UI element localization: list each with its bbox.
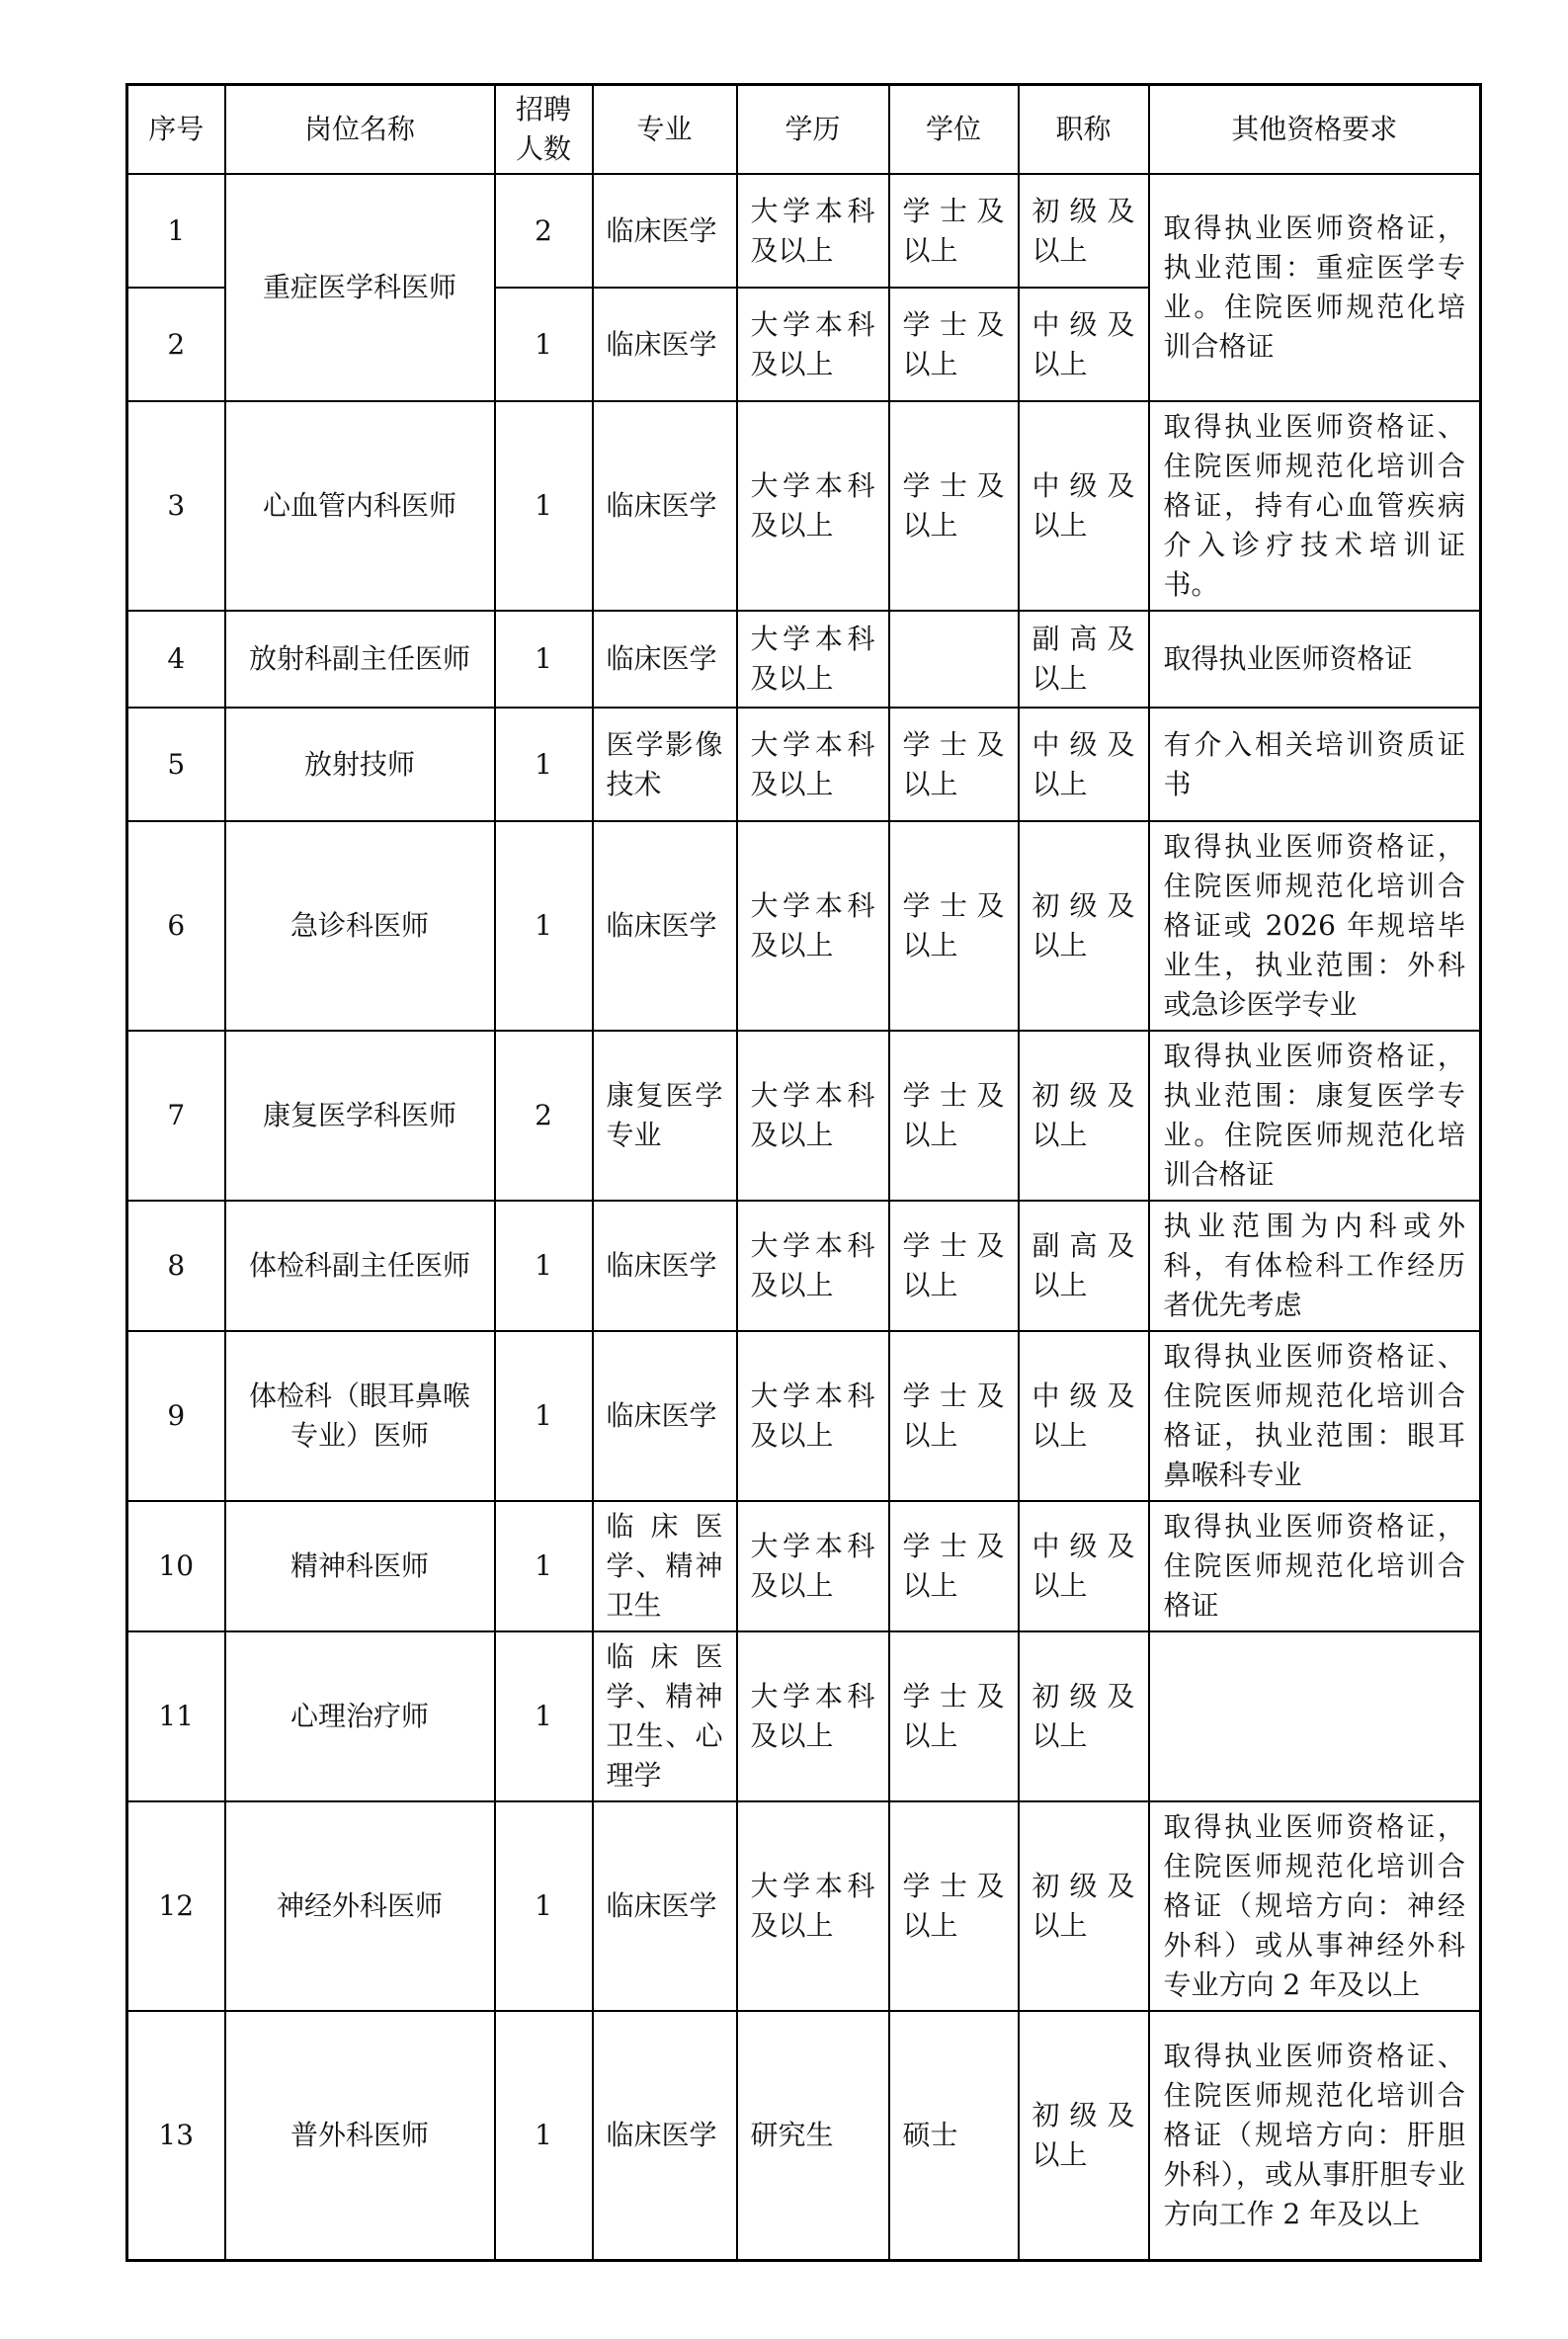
table-cell: 康复医学专业 (593, 1031, 737, 1201)
table-cell: 大学本科及以上 (737, 1801, 889, 2011)
table-cell: 大学本科及以上 (737, 708, 889, 821)
table-cell: 9 (127, 1331, 225, 1501)
table-cell: 1 (495, 611, 593, 708)
table-cell: 研究生 (737, 2011, 889, 2260)
header-cell-education: 学历 (737, 85, 889, 175)
table-cell: 6 (127, 821, 225, 1031)
table-cell: 学士及以上 (889, 1631, 1019, 1801)
table-cell: 临床医学、精神卫生、心理学 (593, 1631, 737, 1801)
table-cell: 取得执业医师资格证，住院医师规范化培训合格证 (1149, 1501, 1481, 1631)
table-cell: 大学本科及以上 (737, 401, 889, 611)
table-cell: 学士及以上 (889, 288, 1019, 401)
table-cell: 中级及以上 (1019, 288, 1149, 401)
table-cell: 初级及以上 (1019, 1631, 1149, 1801)
table-cell: 1 (495, 2011, 593, 2260)
table-cell: 初级及以上 (1019, 1031, 1149, 1201)
table-cell: 有介入相关培训资质证书 (1149, 708, 1481, 821)
table-cell: 11 (127, 1631, 225, 1801)
header-cell-degree: 学位 (889, 85, 1019, 175)
header-cell-other-requirements: 其他资格要求 (1149, 85, 1481, 175)
table-cell: 2 (127, 288, 225, 401)
table-cell: 副高及以上 (1019, 611, 1149, 708)
table-cell: 重症医学科医师 (225, 174, 495, 401)
table-row: 9体检科（眼耳鼻喉专业）医师1临床医学大学本科及以上学士及以上中级及以上取得执业… (127, 1331, 1481, 1501)
table-cell: 大学本科及以上 (737, 174, 889, 288)
table-cell: 取得执业医师资格证，执业范围：康复医学专业。住院医师规范化培训合格证 (1149, 1031, 1481, 1201)
table-cell: 临床医学 (593, 1201, 737, 1331)
table-cell (889, 611, 1019, 708)
table-cell: 大学本科及以上 (737, 288, 889, 401)
table-cell: 临床医学 (593, 1331, 737, 1501)
table-cell: 3 (127, 401, 225, 611)
header-cell-major: 专业 (593, 85, 737, 175)
table-cell: 取得执业医师资格证、住院医师规范化培训合格证（规培方向：肝胆外科），或从事肝胆专… (1149, 2011, 1481, 2260)
recruitment-table: 序号岗位名称招聘人数专业学历学位职称其他资格要求 1重症医学科医师2临床医学大学… (125, 83, 1482, 2262)
table-cell: 取得执业医师资格证，住院医师规范化培训合格证或 2026 年规培毕业生，执业范围… (1149, 821, 1481, 1031)
table-cell: 临床医学、精神卫生 (593, 1501, 737, 1631)
table-cell: 1 (495, 1631, 593, 1801)
table-cell: 1 (495, 1331, 593, 1501)
table-cell: 大学本科及以上 (737, 1631, 889, 1801)
table-row: 11心理治疗师1临床医学、精神卫生、心理学大学本科及以上学士及以上初级及以上 (127, 1631, 1481, 1801)
table-cell: 副高及以上 (1019, 1201, 1149, 1331)
table-row: 1重症医学科医师2临床医学大学本科及以上学士及以上初级及以上取得执业医师资格证，… (127, 174, 1481, 288)
table-cell: 中级及以上 (1019, 708, 1149, 821)
table-row: 4放射科副主任医师1临床医学大学本科及以上副高及以上取得执业医师资格证 (127, 611, 1481, 708)
table-cell: 神经外科医师 (225, 1801, 495, 2011)
table-cell: 放射技师 (225, 708, 495, 821)
table-cell: 临床医学 (593, 401, 737, 611)
table-row: 13普外科医师1临床医学研究生硕士初级及以上取得执业医师资格证、住院医师规范化培… (127, 2011, 1481, 2260)
table-cell: 大学本科及以上 (737, 821, 889, 1031)
table-cell: 学士及以上 (889, 174, 1019, 288)
table-cell: 4 (127, 611, 225, 708)
table-cell: 初级及以上 (1019, 821, 1149, 1031)
table-cell: 8 (127, 1201, 225, 1331)
table-cell: 学士及以上 (889, 401, 1019, 611)
table-cell: 大学本科及以上 (737, 611, 889, 708)
table-cell: 取得执业医师资格证、住院医师规范化培训合格证，执业范围：眼耳鼻喉科专业 (1149, 1331, 1481, 1501)
table-body: 1重症医学科医师2临床医学大学本科及以上学士及以上初级及以上取得执业医师资格证，… (127, 174, 1481, 2260)
table-cell: 初级及以上 (1019, 2011, 1149, 2260)
table-cell: 学士及以上 (889, 1331, 1019, 1501)
table-cell: 精神科医师 (225, 1501, 495, 1631)
table-cell: 大学本科及以上 (737, 1331, 889, 1501)
table-cell: 体检科（眼耳鼻喉专业）医师 (225, 1331, 495, 1501)
table-cell: 10 (127, 1501, 225, 1631)
table-cell: 1 (495, 1201, 593, 1331)
table-cell: 学士及以上 (889, 708, 1019, 821)
table-cell: 大学本科及以上 (737, 1501, 889, 1631)
table-row: 12神经外科医师1临床医学大学本科及以上学士及以上初级及以上取得执业医师资格证，… (127, 1801, 1481, 2011)
table-cell: 硕士 (889, 2011, 1019, 2260)
table-cell: 学士及以上 (889, 1801, 1019, 2011)
table-header-row: 序号岗位名称招聘人数专业学历学位职称其他资格要求 (127, 85, 1481, 175)
table-cell: 1 (495, 1801, 593, 2011)
table-cell: 临床医学 (593, 2011, 737, 2260)
table-cell: 执业范围为内科或外科，有体检科工作经历者优先考虑 (1149, 1201, 1481, 1331)
table-cell: 学士及以上 (889, 1031, 1019, 1201)
table-cell: 取得执业医师资格证，住院医师规范化培训合格证（规培方向：神经外科）或从事神经外科… (1149, 1801, 1481, 2011)
table-cell: 1 (495, 288, 593, 401)
table-cell: 1 (495, 401, 593, 611)
table-row: 3心血管内科医师1临床医学大学本科及以上学士及以上中级及以上取得执业医师资格证、… (127, 401, 1481, 611)
table-cell: 1 (495, 1501, 593, 1631)
table-cell: 7 (127, 1031, 225, 1201)
table-cell: 临床医学 (593, 174, 737, 288)
table-cell: 心血管内科医师 (225, 401, 495, 611)
table-cell: 1 (127, 174, 225, 288)
table-cell: 初级及以上 (1019, 1801, 1149, 2011)
table-cell: 临床医学 (593, 611, 737, 708)
table-cell (1149, 1631, 1481, 1801)
table-cell: 临床医学 (593, 1801, 737, 2011)
table-cell: 中级及以上 (1019, 401, 1149, 611)
table-cell: 中级及以上 (1019, 1501, 1149, 1631)
table-cell: 中级及以上 (1019, 1331, 1149, 1501)
table-row: 7康复医学科医师2康复医学专业大学本科及以上学士及以上初级及以上取得执业医师资格… (127, 1031, 1481, 1201)
table-cell: 心理治疗师 (225, 1631, 495, 1801)
table-cell: 学士及以上 (889, 1501, 1019, 1631)
table-cell: 1 (495, 821, 593, 1031)
table-cell: 13 (127, 2011, 225, 2260)
header-cell-headcount: 招聘人数 (495, 85, 593, 175)
table-cell: 5 (127, 708, 225, 821)
table-cell: 普外科医师 (225, 2011, 495, 2260)
table-cell: 初级及以上 (1019, 174, 1149, 288)
table-cell: 2 (495, 1031, 593, 1201)
table-cell: 2 (495, 174, 593, 288)
table-cell: 康复医学科医师 (225, 1031, 495, 1201)
table-cell: 取得执业医师资格证，执业范围：重症医学专业。住院医师规范化培训合格证 (1149, 174, 1481, 401)
table-cell: 1 (495, 708, 593, 821)
table-cell: 取得执业医师资格证、住院医师规范化培训合格证，持有心血管疾病介入诊疗技术培训证书… (1149, 401, 1481, 611)
table-cell: 临床医学 (593, 821, 737, 1031)
table-cell: 取得执业医师资格证 (1149, 611, 1481, 708)
table-cell: 12 (127, 1801, 225, 2011)
table-cell: 医学影像技术 (593, 708, 737, 821)
table-row: 5放射技师1医学影像技术大学本科及以上学士及以上中级及以上有介入相关培训资质证书 (127, 708, 1481, 821)
table-cell: 大学本科及以上 (737, 1031, 889, 1201)
table-cell: 放射科副主任医师 (225, 611, 495, 708)
table-cell: 体检科副主任医师 (225, 1201, 495, 1331)
table-cell: 学士及以上 (889, 821, 1019, 1031)
document-page: 序号岗位名称招聘人数专业学历学位职称其他资格要求 1重症医学科医师2临床医学大学… (0, 0, 1568, 2339)
header-cell-no: 序号 (127, 85, 225, 175)
header-cell-professional-title: 职称 (1019, 85, 1149, 175)
table-cell: 急诊科医师 (225, 821, 495, 1031)
table-cell: 大学本科及以上 (737, 1201, 889, 1331)
table-cell: 学士及以上 (889, 1201, 1019, 1331)
table-cell: 临床医学 (593, 288, 737, 401)
table-row: 10精神科医师1临床医学、精神卫生大学本科及以上学士及以上中级及以上取得执业医师… (127, 1501, 1481, 1631)
header-cell-position-name: 岗位名称 (225, 85, 495, 175)
table-row: 6急诊科医师1临床医学大学本科及以上学士及以上初级及以上取得执业医师资格证，住院… (127, 821, 1481, 1031)
table-row: 8体检科副主任医师1临床医学大学本科及以上学士及以上副高及以上执业范围为内科或外… (127, 1201, 1481, 1331)
